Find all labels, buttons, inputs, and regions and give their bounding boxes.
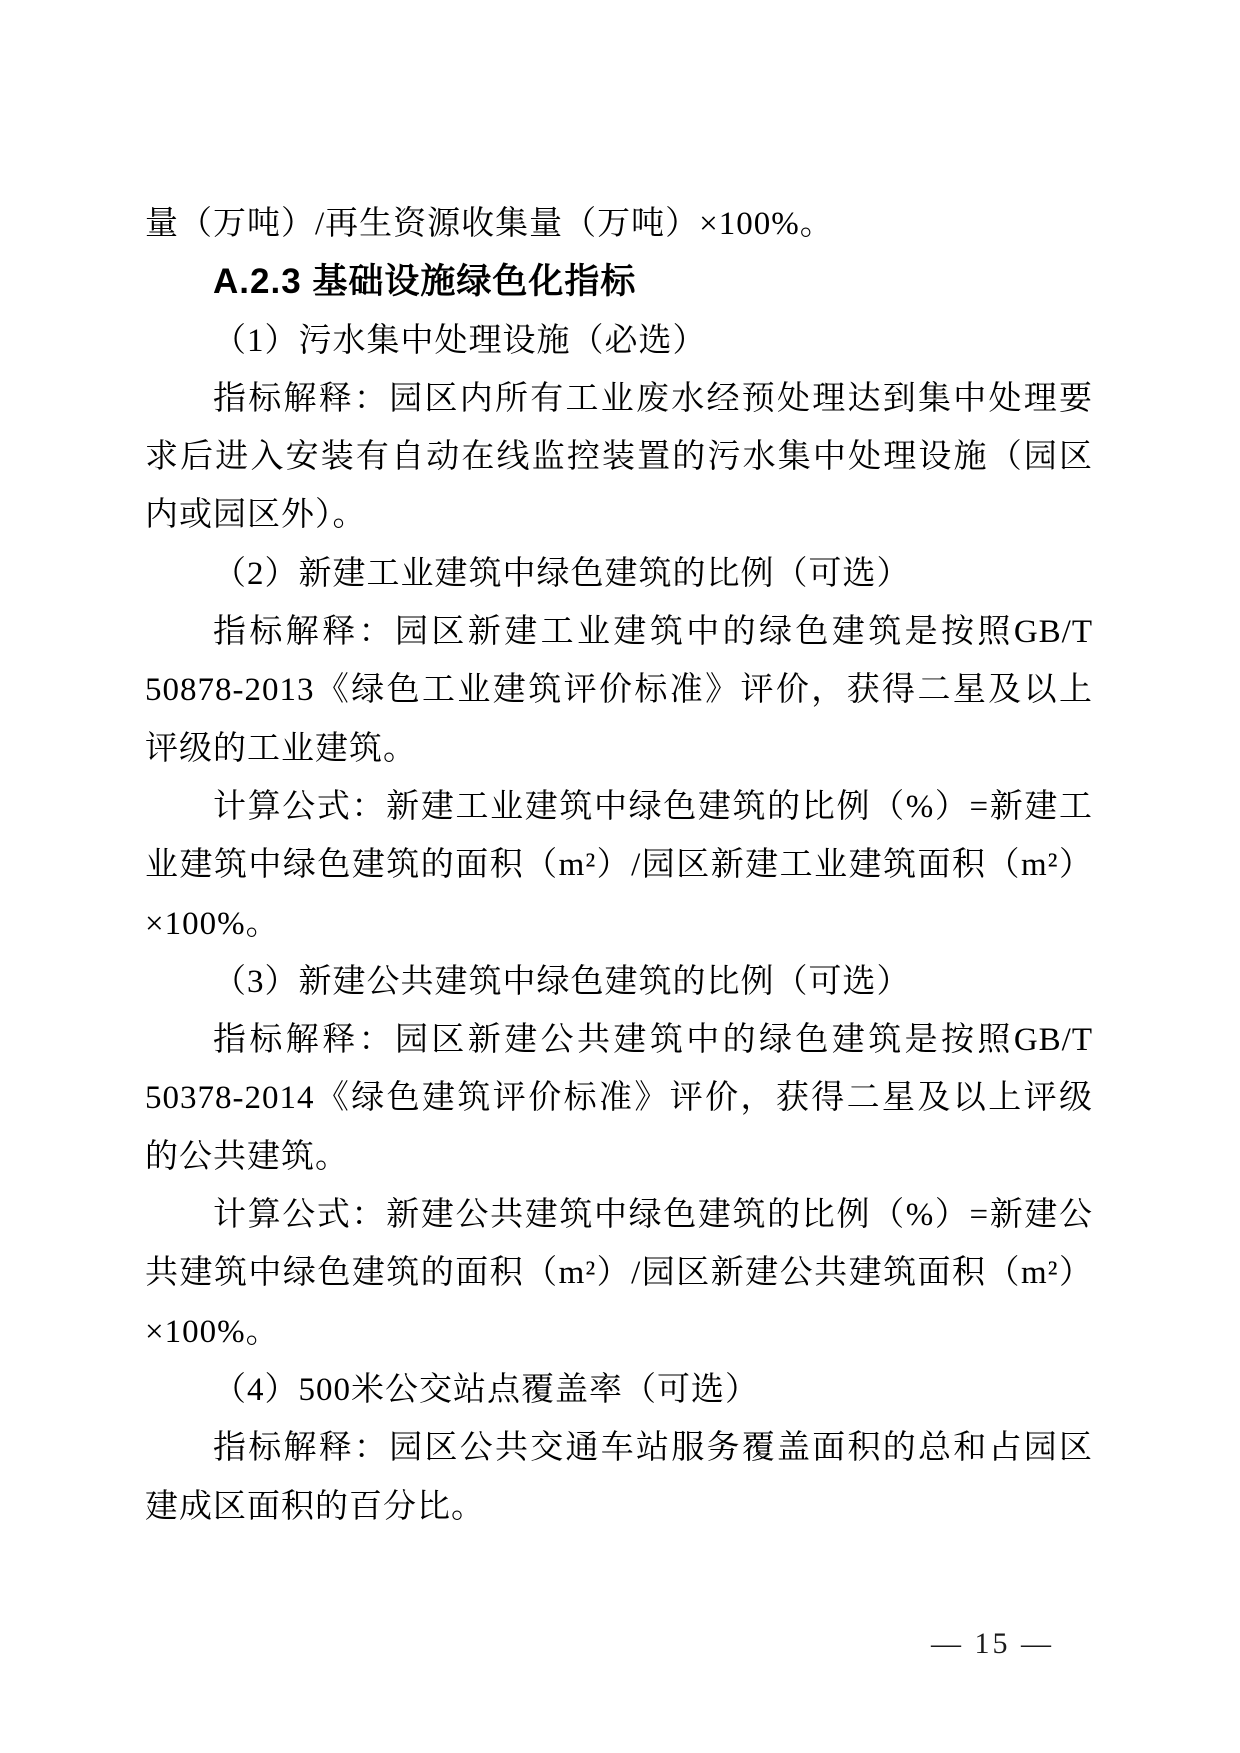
indicator-3-explanation-line: 50378-2014《绿色建筑评价标准》评价，获得二星及以上评级 — [145, 1069, 1093, 1127]
indicator-2-formula-line: 计算公式：新建工业建筑中绿色建筑的比例（%）=新建工 — [145, 778, 1093, 836]
indicator-2-explanation-line: 指标解释：园区新建工业建筑中的绿色建筑是按照GB/T — [145, 603, 1093, 661]
indicator-3-explanation-line: 的公共建筑。 — [145, 1128, 1093, 1186]
section-heading: A.2.3 基础设施绿色化指标 — [145, 253, 1093, 311]
indicator-2-explanation-line: 评级的工业建筑。 — [145, 720, 1093, 778]
indicator-3-title: （3）新建公共建筑中绿色建筑的比例（可选） — [145, 953, 1093, 1011]
indicator-2-title: （2）新建工业建筑中绿色建筑的比例（可选） — [145, 545, 1093, 603]
indicator-2-formula-line: 业建筑中绿色建筑的面积（m²）/园区新建工业建筑面积（m²） — [145, 836, 1093, 894]
document-page: 量（万吨）/再生资源收集量（万吨）×100%。 A.2.3 基础设施绿色化指标 … — [0, 0, 1240, 1753]
indicator-3-formula-line: 共建筑中绿色建筑的面积（m²）/园区新建公共建筑面积（m²） — [145, 1244, 1093, 1302]
indicator-4-title: （4）500米公交站点覆盖率（可选） — [145, 1361, 1093, 1419]
indicator-3-formula-line: 计算公式：新建公共建筑中绿色建筑的比例（%）=新建公 — [145, 1186, 1093, 1244]
paragraph-continuation: 量（万吨）/再生资源收集量（万吨）×100%。 — [145, 195, 1093, 253]
page-number: — 15 — — [931, 1627, 1054, 1661]
text-block: 量（万吨）/再生资源收集量（万吨）×100%。 A.2.3 基础设施绿色化指标 … — [145, 195, 1093, 1536]
indicator-4-explanation-line: 建成区面积的百分比。 — [145, 1478, 1093, 1536]
indicator-1-explanation-line: 求后进入安装有自动在线监控装置的污水集中处理设施（园区 — [145, 428, 1093, 486]
indicator-1-explanation-line: 内或园区外）。 — [145, 486, 1093, 544]
indicator-3-formula-line: ×100%。 — [145, 1303, 1093, 1361]
indicator-4-explanation-line: 指标解释：园区公共交通车站服务覆盖面积的总和占园区 — [145, 1419, 1093, 1477]
indicator-2-explanation-line: 50878-2013《绿色工业建筑评价标准》评价，获得二星及以上 — [145, 661, 1093, 719]
indicator-1-explanation-line: 指标解释：园区内所有工业废水经预处理达到集中处理要 — [145, 370, 1093, 428]
indicator-3-explanation-line: 指标解释：园区新建公共建筑中的绿色建筑是按照GB/T — [145, 1011, 1093, 1069]
indicator-2-formula-line: ×100%。 — [145, 895, 1093, 953]
indicator-1-title: （1）污水集中处理设施（必选） — [145, 312, 1093, 370]
